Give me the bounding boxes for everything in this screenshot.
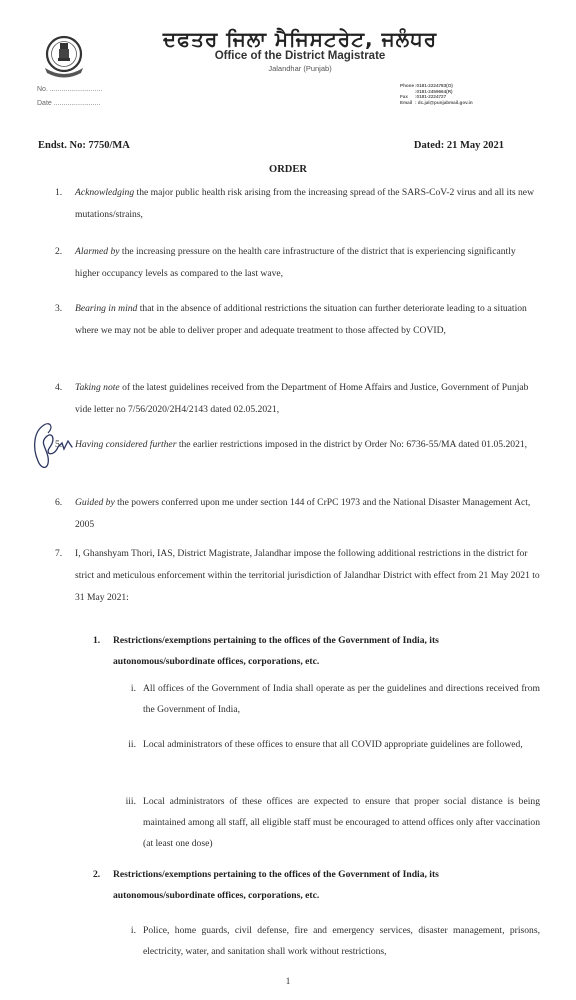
paragraph-6: 6. Guided by the powers conferred upon m… bbox=[55, 492, 540, 536]
paragraph-7: 7. I, Ghanshyam Thori, IAS, District Mag… bbox=[55, 543, 540, 609]
section-1-heading: 1. Restrictions/exemptions pertaining to… bbox=[93, 630, 513, 672]
section-1-item-i: i. All offices of the Government of Indi… bbox=[118, 678, 540, 720]
paragraph-1: 1. Acknowledging the major public health… bbox=[55, 182, 540, 226]
signature-icon bbox=[30, 417, 76, 479]
office-location: Jalandhar (Punjab) bbox=[130, 64, 470, 73]
state-emblem-icon bbox=[37, 32, 91, 82]
order-title: ORDER bbox=[0, 164, 576, 175]
office-title-english: Office of the District Magistrate bbox=[130, 50, 470, 62]
section-1-item-iii: iii. Local administrators of these offic… bbox=[118, 791, 540, 854]
number-field: No. ........................... bbox=[37, 86, 102, 93]
contact-email: Email: dc.jal@punjabmail.gov.in bbox=[400, 100, 473, 106]
contact-block: Phone:0181-2224783(O) :0181-2459664(R) F… bbox=[400, 83, 473, 105]
section-1-item-ii: ii. Local administrators of these office… bbox=[118, 734, 540, 755]
date-field: Date ........................ bbox=[37, 100, 100, 107]
paragraph-2: 2. Alarmed by the increasing pressure on… bbox=[55, 241, 540, 285]
office-title-punjabi: ਦਫਤਰ ਜਿਲਾ ਮੈਜਿਸਟਰੇਟ, ਜਲੰਧਰ bbox=[130, 28, 470, 50]
section-2-item-i: i. Police, home guards, civil defense, f… bbox=[118, 920, 540, 962]
section-2-heading: 2. Restrictions/exemptions pertaining to… bbox=[93, 864, 513, 906]
order-date: Dated: 21 May 2021 bbox=[414, 140, 504, 151]
page-number: 1 bbox=[0, 976, 576, 987]
paragraph-3: 3. Bearing in mind that in the absence o… bbox=[55, 298, 540, 342]
paragraph-4: 4. Taking note of the latest guidelines … bbox=[55, 377, 540, 421]
paragraph-5: 5. Having considered further the earlier… bbox=[55, 434, 540, 456]
endorsement-number: Endst. No: 7750/MA bbox=[38, 140, 130, 151]
